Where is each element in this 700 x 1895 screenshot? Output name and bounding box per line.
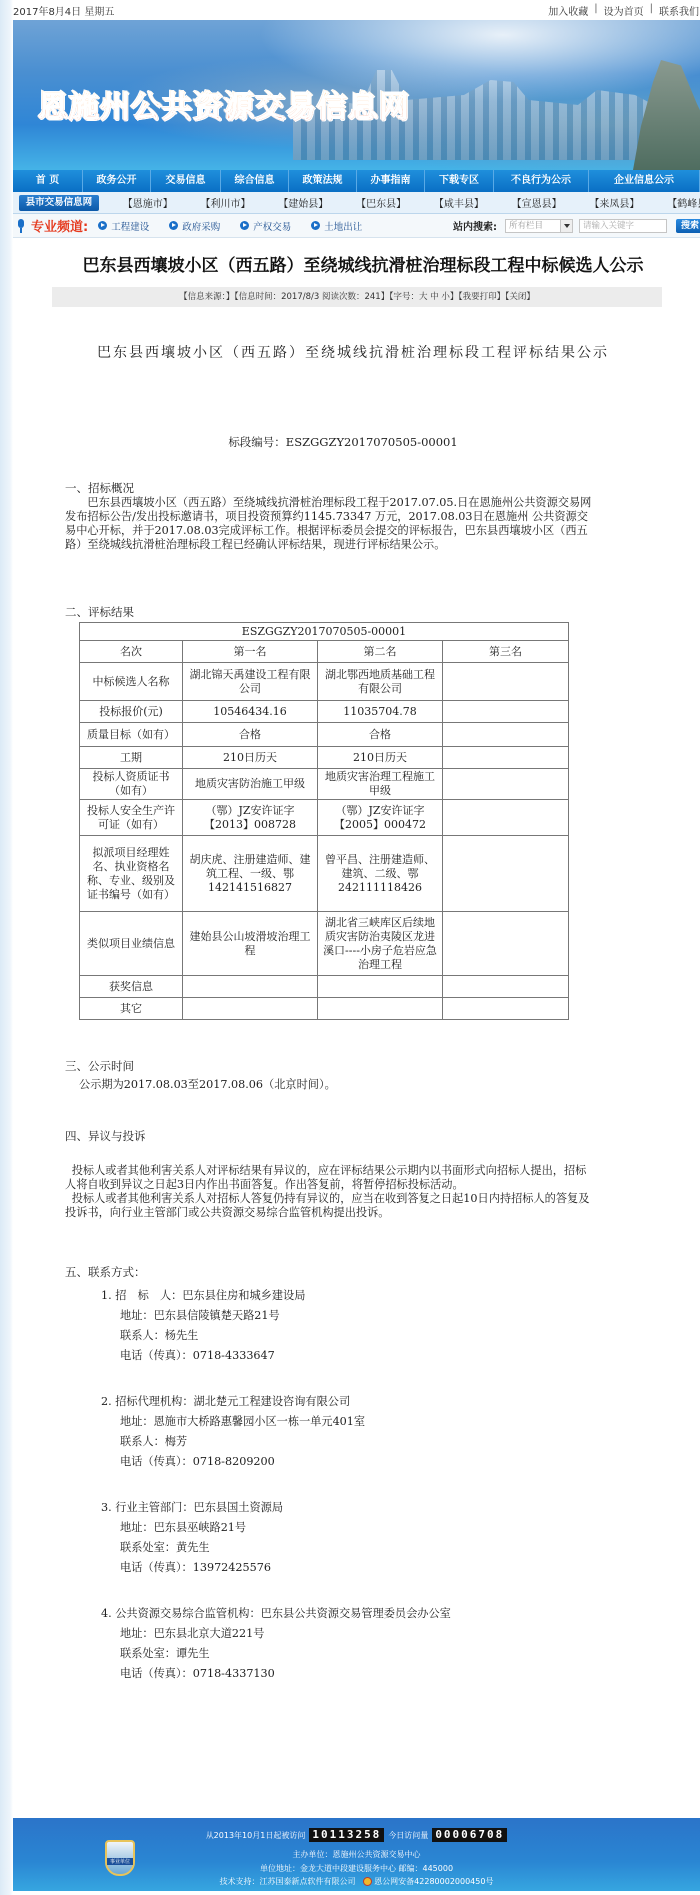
table-row-label: 投标人资质证书（如有）	[80, 769, 183, 800]
county-home-button[interactable]: 县市交易信息网	[19, 195, 99, 211]
channel-label: 专业频道:	[31, 216, 88, 235]
table-cell	[318, 998, 443, 1020]
section-heading: 三、公示时间	[65, 1058, 700, 1074]
contact-title: 2. 招标代理机构：湖北楚元工程建设咨询有限公司	[101, 1392, 700, 1412]
header-banner: 恩施州公共资源交易信息网	[13, 20, 700, 170]
table-cell	[443, 976, 569, 998]
channel-procurement[interactable]: 政府采购	[169, 219, 220, 233]
set-homepage-link[interactable]: 设为首页	[604, 3, 644, 18]
contact-address: 地址：恩施市大桥路惠馨园小区一栋一单元401室	[120, 1412, 700, 1432]
table-cell: 合格	[318, 723, 443, 747]
table-cell: 胡庆虎、注册建造师、建筑工程、一级、鄂142141516827	[183, 836, 318, 912]
site-logo-title[interactable]: 恩施州公共资源交易信息网	[38, 82, 410, 126]
table-row-label: 获奖信息	[80, 976, 183, 998]
table-cell	[443, 663, 569, 701]
evaluation-result-table: ESZGGZY2017070505-00001 名次 第一名 第二名 第三名 中…	[79, 622, 569, 1020]
contact-group: 4. 公共资源交易综合监管机构：巴东县公共资源交易管理委员会办公室地址：巴东县北…	[101, 1604, 700, 1684]
county-link[interactable]: 【来凤县】	[589, 195, 635, 210]
current-date: 2017年8月4日 星期五	[13, 3, 114, 18]
separator: |	[650, 3, 653, 18]
search-scope-value: 所有栏目	[509, 221, 543, 231]
total-visits-counter: 10113258	[309, 1828, 384, 1842]
county-nav: 县市交易信息网 【恩施市】【利川市】【建始县】【巴东县】【咸丰县】【宣恩县】【来…	[13, 192, 700, 214]
table-cell	[443, 747, 569, 769]
contact-address: 地址：巴东县北京大道221号	[120, 1624, 700, 1644]
table-cell	[443, 701, 569, 723]
main-nav-item[interactable]: 政务公开	[83, 170, 151, 192]
section-heading: 一、招标概况	[65, 480, 700, 496]
table-cell: 地质灾害治理工程施工甲级	[318, 769, 443, 800]
visits-label: 从2013年10月1日起被访问	[206, 1830, 306, 1841]
icp-record-link[interactable]: 恩公网安备42280002000450号	[374, 1877, 493, 1886]
play-circle-icon	[240, 221, 249, 230]
article-title: 巴东县西壤坡小区（西五路）至绕城线抗滑桩治理标段工程中标候选人公示	[13, 254, 700, 279]
table-row-label: 中标候选人名称	[80, 663, 183, 701]
table-row-label: 类似项目业绩信息	[80, 912, 183, 976]
table-cell: 10546434.16	[183, 701, 318, 723]
channel-property[interactable]: 产权交易	[240, 219, 291, 233]
contact-address: 地址：巴东县巫峡路21号	[120, 1518, 700, 1538]
table-caption-row: ESZGGZY2017070505-00001	[80, 623, 569, 641]
county-link[interactable]: 【利川市】	[201, 195, 247, 210]
table-header-row: 名次 第一名 第二名 第三名	[80, 641, 569, 663]
add-favorite-link[interactable]: 加入收藏	[548, 3, 588, 18]
table-row-label: 其它	[80, 998, 183, 1020]
table-cell	[443, 769, 569, 800]
table-row: 中标候选人名称湖北锦天禹建设工程有限公司湖北鄂西地质基础工程有限公司	[80, 663, 569, 701]
table-cell	[443, 836, 569, 912]
table-header-cell: 第二名	[318, 641, 443, 663]
contact-title: 3. 行业主管部门：巴东县国土资源局	[101, 1498, 700, 1518]
contact-group: 3. 行业主管部门：巴东县国土资源局地址：巴东县巫峡路21号联系处室：黄先生电话…	[101, 1498, 700, 1578]
document-title: 巴东县西壤坡小区（西五路）至绕城线抗滑桩治理标段工程评标结果公示	[13, 344, 700, 362]
contact-phone: 电话（传真）：0718-4333647	[120, 1346, 700, 1366]
contact-person: 联系处室：谭先生	[120, 1644, 700, 1664]
main-nav-item[interactable]: 政策法规	[289, 170, 357, 192]
main-nav-item[interactable]: 企业信息公示	[589, 170, 700, 192]
main-nav-item[interactable]: 交易信息	[151, 170, 221, 192]
table-cell	[183, 998, 318, 1020]
table-cell: 湖北省三峡库区后续地质灾害防治夷陵区龙进溪口----小房子危岩应急治理工程	[318, 912, 443, 976]
contact-list: 1. 招 标 人：巴东县住房和城乡建设局地址：巴东县信陵镇楚天路21号联系人：杨…	[101, 1286, 700, 1684]
contact-person: 联系人：杨先生	[120, 1326, 700, 1346]
search-scope-select[interactable]: 所有栏目	[505, 219, 573, 233]
top-links: 加入收藏 | 设为首页 | 联系我们	[548, 3, 700, 18]
table-row: 投标报价(元)10546434.1611035704.78	[80, 701, 569, 723]
main-nav: 首 页政务公开交易信息综合信息政策法规办事指南下载专区不良行为公示企业信息公示	[13, 170, 700, 192]
contact-phone: 电话（传真）：0718-4337130	[120, 1664, 700, 1684]
table-row: 拟派项目经理姓名、执业资格名称、专业、级别及证书编号（如有）胡庆虎、注册建造师、…	[80, 836, 569, 912]
footer: 事业单位 从2013年10月1日起被访问 10113258 今日访问量 0000…	[13, 1818, 700, 1891]
contact-group: 1. 招 标 人：巴东县住房和城乡建设局地址：巴东县信陵镇楚天路21号联系人：杨…	[101, 1286, 700, 1366]
table-cell	[443, 723, 569, 747]
table-row: 获奖信息	[80, 976, 569, 998]
table-cell: 合格	[183, 723, 318, 747]
contact-phone: 电话（传真）：0718-8209200	[120, 1452, 700, 1472]
main-nav-item[interactable]: 首 页	[13, 170, 83, 192]
today-visits-counter: 00006708	[432, 1828, 507, 1842]
contact-address: 地址：巴东县信陵镇楚天路21号	[120, 1306, 700, 1326]
section-heading: 五、联系方式：	[65, 1264, 700, 1280]
county-link[interactable]: 【鹤峰县】	[667, 195, 700, 210]
channel-bar: 专业频道: 工程建设 政府采购 产权交易 土地出让 站内搜索: 所有栏目 请输入…	[13, 214, 700, 238]
table-cell	[183, 976, 318, 998]
table-row-label: 拟派项目经理姓名、执业资格名称、专业、级别及证书编号（如有）	[80, 836, 183, 912]
table-cell: 曾平昌、注册建造师、建筑、二级、鄂242111118426	[318, 836, 443, 912]
visit-counter-row: 从2013年10月1日起被访问 10113258 今日访问量 00006708	[13, 1828, 700, 1842]
top-bar: 2017年8月4日 星期五 加入收藏 | 设为首页 | 联系我们	[13, 0, 700, 20]
main-nav-item[interactable]: 办事指南	[357, 170, 425, 192]
table-cell	[443, 912, 569, 976]
table-cell: （鄂）JZ安许证字【2013】008728	[183, 800, 318, 836]
county-link[interactable]: 【咸丰县】	[434, 195, 480, 210]
article-meta-bar[interactable]: 【信息来源：】【信息时间：2017/8/3 阅读次数：241】【字号：大 中 小…	[52, 287, 662, 307]
channel-engineering[interactable]: 工程建设	[98, 219, 149, 233]
search-button[interactable]: 搜索	[676, 219, 700, 233]
contact-person: 联系处室：黄先生	[120, 1538, 700, 1558]
section-heading: 二、评标结果	[65, 604, 700, 620]
channel-label-text: 土地出让	[324, 219, 362, 233]
table-cell: 地质灾害防治施工甲级	[183, 769, 318, 800]
table-caption: ESZGGZY2017070505-00001	[80, 623, 569, 641]
table-cell: （鄂）JZ安许证字【2005】000472	[318, 800, 443, 836]
publicity-period: 公示期为2017.08.03至2017.08.06（北京时间）。	[65, 1078, 595, 1092]
footer-address: 单位地址：金龙大道中段建设服务中心 邮编：445000	[13, 1863, 700, 1874]
channel-label-text: 政府采购	[182, 219, 220, 233]
table-header-cell: 第一名	[183, 641, 318, 663]
site-search-label: 站内搜索:	[453, 218, 497, 233]
table-cell: 210日历天	[183, 747, 318, 769]
main-nav-item[interactable]: 下载专区	[425, 170, 494, 192]
table-cell: 湖北鄂西地质基础工程有限公司	[318, 663, 443, 701]
bid-number: 标段编号：ESZGGZY2017070505-00001	[13, 434, 700, 450]
table-cell: 11035704.78	[318, 701, 443, 723]
county-link[interactable]: 【巴东县】	[356, 195, 402, 210]
play-circle-icon	[311, 221, 320, 230]
footer-host: 主办单位：恩施州公共资源交易中心	[13, 1849, 700, 1860]
today-visits-label: 今日访问量	[388, 1830, 428, 1841]
table-row: 投标人安全生产许可证（如有）（鄂）JZ安许证字【2013】008728（鄂）JZ…	[80, 800, 569, 836]
table-row: 质量目标（如有）合格合格	[80, 723, 569, 747]
section-heading: 四、异议与投诉	[65, 1128, 700, 1144]
main-nav-item[interactable]: 综合信息	[221, 170, 289, 192]
microphone-icon	[17, 219, 25, 233]
footer-support-row: 技术支持：江苏国泰新点软件有限公司 恩公网安备42280002000450号	[13, 1876, 700, 1887]
main-nav-item[interactable]: 不良行为公示	[494, 170, 589, 192]
play-circle-icon	[169, 221, 178, 230]
table-row-label: 投标人安全生产许可证（如有）	[80, 800, 183, 836]
table-row: 工期210日历天210日历天	[80, 747, 569, 769]
channel-land[interactable]: 土地出让	[311, 219, 362, 233]
table-cell	[443, 998, 569, 1020]
table-row-label: 质量目标（如有）	[80, 723, 183, 747]
county-link[interactable]: 【建始县】	[278, 195, 324, 210]
table-row-label: 投标报价(元)	[80, 701, 183, 723]
police-badge-icon	[363, 1877, 372, 1886]
contact-person: 联系人：梅芳	[120, 1432, 700, 1452]
contact-us-link[interactable]: 联系我们	[659, 3, 699, 18]
chevron-down-icon	[560, 220, 572, 232]
table-cell: 湖北锦天禹建设工程有限公司	[183, 663, 318, 701]
table-cell: 210日历天	[318, 747, 443, 769]
table-cell	[318, 976, 443, 998]
tech-support: 技术支持：江苏国泰新点软件有限公司	[220, 1877, 356, 1886]
table-row: 其它	[80, 998, 569, 1020]
objection-paragraph: 投标人或者其他利害关系人对评标结果有异议的，应在评标结果公示期内以书面形式向招标…	[65, 1164, 595, 1192]
contact-phone: 电话（传真）：13972425576	[120, 1558, 700, 1578]
table-header-cell: 第三名	[443, 641, 569, 663]
county-link[interactable]: 【宣恩县】	[512, 195, 558, 210]
table-cell: 建始县公山坡滑坡治理工程	[183, 912, 318, 976]
document-body: 巴东县西壤坡小区（西五路）至绕城线抗滑桩治理标段工程评标结果公示 标段编号：ES…	[13, 344, 700, 1684]
channel-label-text: 工程建设	[111, 219, 149, 233]
table-row-label: 工期	[80, 747, 183, 769]
complaint-paragraph: 投标人或者其他利害关系人对招标人答复仍持有异议的，应当在收到答复之日起10日内持…	[65, 1192, 595, 1220]
table-cell	[443, 800, 569, 836]
table-row: 投标人资质证书（如有）地质灾害防治施工甲级地质灾害治理工程施工甲级	[80, 769, 569, 800]
play-circle-icon	[98, 221, 107, 230]
overview-paragraph: 巴东县西壤坡小区（西五路）至绕城线抗滑桩治理标段工程于2017.07.05.日在…	[65, 496, 595, 552]
search-input[interactable]: 请输入关键字	[579, 219, 667, 233]
page: 2017年8月4日 星期五 加入收藏 | 设为首页 | 联系我们 恩施州公共资源…	[13, 0, 700, 1710]
contact-title: 1. 招 标 人：巴东县住房和城乡建设局	[101, 1286, 700, 1306]
table-header-cell: 名次	[80, 641, 183, 663]
channel-label-text: 产权交易	[253, 219, 291, 233]
table-row: 类似项目业绩信息建始县公山坡滑坡治理工程湖北省三峡库区后续地质灾害防治夷陵区龙进…	[80, 912, 569, 976]
separator: |	[594, 3, 597, 18]
county-link[interactable]: 【恩施市】	[123, 195, 169, 210]
contact-group: 2. 招标代理机构：湖北楚元工程建设咨询有限公司地址：恩施市大桥路惠馨园小区一栋…	[101, 1392, 700, 1472]
contact-title: 4. 公共资源交易综合监管机构：巴东县公共资源交易管理委员会办公室	[101, 1604, 700, 1624]
